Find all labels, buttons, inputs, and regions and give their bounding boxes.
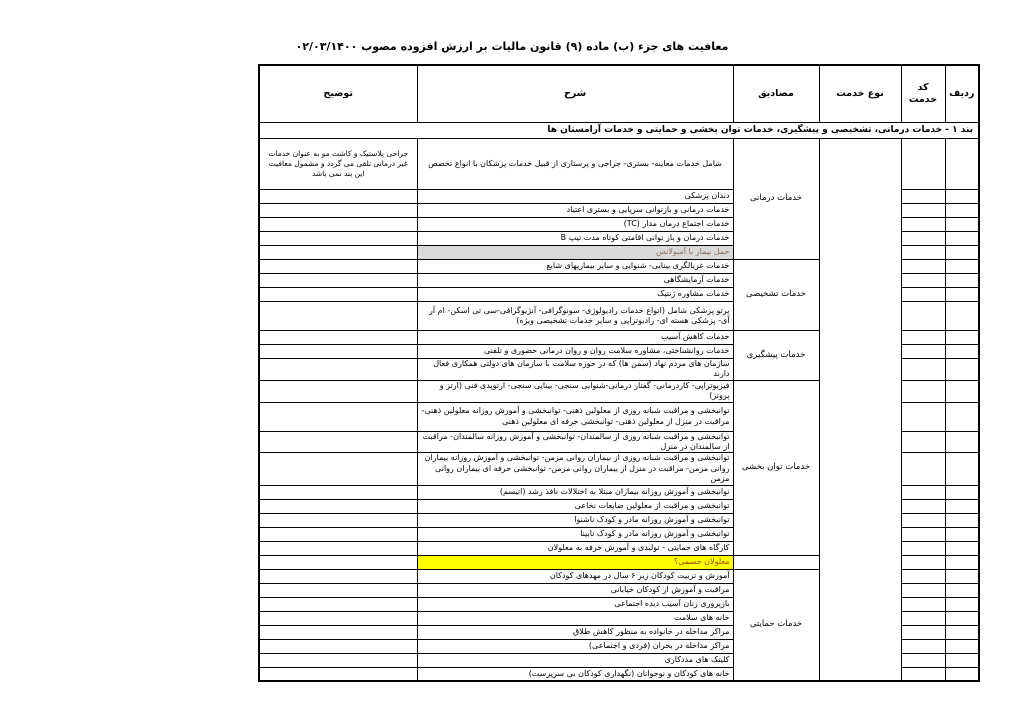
description-cell: توانبخشی و آموزش روزانه بیماران مبتلا به… bbox=[417, 485, 733, 499]
radif-cell bbox=[945, 345, 979, 359]
service-code-cell bbox=[901, 232, 945, 246]
note-cell bbox=[259, 639, 417, 653]
note-cell bbox=[259, 218, 417, 232]
note-cell bbox=[259, 260, 417, 274]
table-body: بند ۱ - خدمات درمانی، تشخیصی و پیشگیری، … bbox=[259, 123, 979, 682]
service-code-cell bbox=[901, 288, 945, 302]
note-cell bbox=[259, 667, 417, 681]
radif-cell bbox=[945, 667, 979, 681]
description-cell: خدمات اجتماع درمان مدار (TC) bbox=[417, 218, 733, 232]
radif-cell bbox=[945, 653, 979, 667]
service-code-cell bbox=[901, 345, 945, 359]
description-cell: مراکز مداخله در خانواده به منظور کاهش طل… bbox=[417, 625, 733, 639]
radif-cell bbox=[945, 359, 979, 381]
description-cell: بازپروری زنان آسیب دیده اجتماعی bbox=[417, 597, 733, 611]
service-code-cell bbox=[901, 380, 945, 402]
description-cell: توانبخشی و مراقبت از معلولین ضایعات نخاع… bbox=[417, 499, 733, 513]
service-code-cell bbox=[901, 527, 945, 541]
description-cell: توانبخشی و مراقبت شبانه روزی از معلولین … bbox=[417, 402, 733, 431]
note-cell bbox=[259, 555, 417, 569]
description-cell: خدمات روانشناختی، مشاوره سلامت روان و رو… bbox=[417, 345, 733, 359]
header-note: توضیح bbox=[259, 65, 417, 123]
exemptions-table: ردیف کد خدمت نوع خدمت مصادیق شرح توضیح ب… bbox=[258, 64, 980, 682]
service-code-cell bbox=[901, 274, 945, 288]
note-cell bbox=[259, 302, 417, 331]
service-code-cell bbox=[901, 541, 945, 555]
description-cell: کارگاه های حمایتی - تولیدی و آموزش حرفه … bbox=[417, 541, 733, 555]
radif-cell bbox=[945, 260, 979, 274]
service-code-cell bbox=[901, 485, 945, 499]
description-cell: فیزیوتراپی- کاردرمانی- گفتار درمانی-شنوا… bbox=[417, 380, 733, 402]
radif-cell bbox=[945, 431, 979, 453]
band-title: بند ۱ - خدمات درمانی، تشخیصی و پیشگیری، … bbox=[259, 123, 979, 139]
description-cell: مراکز مداخله در بحران (فردی و اجتماعی) bbox=[417, 639, 733, 653]
description-cell: توانبخشی و آموزش روزانه مادر و کودک نابی… bbox=[417, 527, 733, 541]
radif-cell bbox=[945, 204, 979, 218]
radif-cell bbox=[945, 625, 979, 639]
note-cell bbox=[259, 611, 417, 625]
radif-cell bbox=[945, 513, 979, 527]
instances-group-cell: خدمات درمانی bbox=[733, 139, 819, 260]
radif-cell bbox=[945, 485, 979, 499]
note-cell bbox=[259, 274, 417, 288]
note-cell bbox=[259, 541, 417, 555]
radif-cell bbox=[945, 232, 979, 246]
service-code-cell bbox=[901, 246, 945, 260]
description-cell: خانه های سلامت bbox=[417, 611, 733, 625]
note-cell bbox=[259, 232, 417, 246]
radif-cell bbox=[945, 583, 979, 597]
radif-cell bbox=[945, 139, 979, 190]
note-cell bbox=[259, 288, 417, 302]
service-code-cell bbox=[901, 499, 945, 513]
radif-cell bbox=[945, 499, 979, 513]
note-cell bbox=[259, 380, 417, 402]
description-cell: خدمات کاهش آسیب bbox=[417, 331, 733, 345]
note-cell bbox=[259, 402, 417, 431]
description-cell: آموزش و تربیت کودکان زیر ۶ سال در مهدهای… bbox=[417, 569, 733, 583]
note-cell bbox=[259, 499, 417, 513]
description-cell: خدمات مشاوره ژنتیک bbox=[417, 288, 733, 302]
radif-cell bbox=[945, 611, 979, 625]
header-service-code: کد خدمت bbox=[901, 65, 945, 123]
description-cell: خدمات غربالگری بینایی- شنوایی و سایر بیم… bbox=[417, 260, 733, 274]
radif-cell bbox=[945, 288, 979, 302]
service-code-cell bbox=[901, 204, 945, 218]
note-cell bbox=[259, 246, 417, 260]
instances-group-cell bbox=[733, 555, 819, 569]
service-code-cell bbox=[901, 331, 945, 345]
service-code-cell bbox=[901, 667, 945, 681]
service-code-cell bbox=[901, 453, 945, 485]
header-description: شرح bbox=[417, 65, 733, 123]
service-code-cell bbox=[901, 583, 945, 597]
radif-cell bbox=[945, 218, 979, 232]
service-code-cell bbox=[901, 569, 945, 583]
note-cell bbox=[259, 345, 417, 359]
instances-group-cell: خدمات توان بخشی bbox=[733, 380, 819, 555]
description-cell: خدمات آزمایشگاهی bbox=[417, 274, 733, 288]
radif-cell bbox=[945, 302, 979, 331]
service-code-cell bbox=[901, 359, 945, 381]
description-cell: کلینک های مددکاری bbox=[417, 653, 733, 667]
service-code-cell bbox=[901, 218, 945, 232]
radif-cell bbox=[945, 541, 979, 555]
description-cell: سازمان های مردم نهاد (سمن ها) که در حوزه… bbox=[417, 359, 733, 381]
radif-cell bbox=[945, 597, 979, 611]
description-cell: خدمات درمان و باز توانی اقامتی کوتاه مدت… bbox=[417, 232, 733, 246]
note-cell bbox=[259, 485, 417, 499]
table-row: خدمات درمانیشامل خدمات معاینه- بستری- جر… bbox=[259, 139, 979, 190]
band-row: بند ۱ - خدمات درمانی، تشخیصی و پیشگیری، … bbox=[259, 123, 979, 139]
service-code-cell bbox=[901, 555, 945, 569]
description-cell: دندان پزشکی bbox=[417, 190, 733, 204]
note-cell bbox=[259, 583, 417, 597]
header-service-type: نوع خدمت bbox=[819, 65, 901, 123]
service-code-cell bbox=[901, 611, 945, 625]
service-code-cell bbox=[901, 513, 945, 527]
service-code-cell bbox=[901, 139, 945, 190]
radif-cell bbox=[945, 639, 979, 653]
note-cell bbox=[259, 359, 417, 381]
note-cell bbox=[259, 204, 417, 218]
note-cell bbox=[259, 527, 417, 541]
description-cell: شامل خدمات معاینه- بستری- جراحی و پرستار… bbox=[417, 139, 733, 190]
note-cell bbox=[259, 431, 417, 453]
radif-cell bbox=[945, 190, 979, 204]
note-cell bbox=[259, 597, 417, 611]
description-cell: خدمات درمانی و بازتوانی سرپایی و بستری ا… bbox=[417, 204, 733, 218]
page-title: معافیت های جزء (ب) ماده (۹) قانون مالیات… bbox=[0, 0, 1024, 53]
note-cell bbox=[259, 331, 417, 345]
instances-group-cell: خدمات تشخیصی bbox=[733, 260, 819, 331]
radif-cell bbox=[945, 569, 979, 583]
service-code-cell bbox=[901, 639, 945, 653]
radif-cell bbox=[945, 246, 979, 260]
radif-cell bbox=[945, 380, 979, 402]
note-cell bbox=[259, 190, 417, 204]
radif-cell bbox=[945, 453, 979, 485]
description-cell: توانبخشی و مراقبت شبانه روزی از سالمندان… bbox=[417, 431, 733, 453]
service-code-cell bbox=[901, 190, 945, 204]
instances-group-cell: خدمات حمایتی bbox=[733, 569, 819, 681]
description-cell: خانه های کودکان و نوجوانان (نگهداری کودک… bbox=[417, 667, 733, 681]
radif-cell bbox=[945, 527, 979, 541]
service-code-cell bbox=[901, 625, 945, 639]
note-cell: جراحی پلاستیک و کاشت مو به عنوان خدمات غ… bbox=[259, 139, 417, 190]
service-code-cell bbox=[901, 302, 945, 331]
note-cell bbox=[259, 513, 417, 527]
service-code-cell bbox=[901, 260, 945, 274]
document-page: معافیت های جزء (ب) ماده (۹) قانون مالیات… bbox=[0, 0, 1024, 724]
header-radif: ردیف bbox=[945, 65, 979, 123]
header-instances: مصادیق bbox=[733, 65, 819, 123]
service-code-cell bbox=[901, 402, 945, 431]
header-row: ردیف کد خدمت نوع خدمت مصادیق شرح توضیح bbox=[259, 65, 979, 123]
radif-cell bbox=[945, 274, 979, 288]
description-cell: مراقبت و آموزش از کودکان خیابانی bbox=[417, 583, 733, 597]
description-cell: پرتو پزشکی شامل (انواع خدمات رادیولوژی- … bbox=[417, 302, 733, 331]
service-type-cell bbox=[819, 139, 901, 682]
note-cell bbox=[259, 453, 417, 485]
note-cell bbox=[259, 569, 417, 583]
note-cell bbox=[259, 653, 417, 667]
instances-group-cell: خدمات پیشگیری bbox=[733, 331, 819, 381]
description-cell: توانبخشی و آموزش روزانه مادر و کودک ناشن… bbox=[417, 513, 733, 527]
note-cell bbox=[259, 625, 417, 639]
radif-cell bbox=[945, 555, 979, 569]
description-cell: حمل بیمار با آمبولانس bbox=[417, 246, 733, 260]
service-code-cell bbox=[901, 653, 945, 667]
description-cell: معلولان جسمی؟ bbox=[417, 555, 733, 569]
radif-cell bbox=[945, 331, 979, 345]
service-code-cell bbox=[901, 431, 945, 453]
radif-cell bbox=[945, 402, 979, 431]
service-code-cell bbox=[901, 597, 945, 611]
description-cell: توانبخشی و مراقبت شبانه روزی از بیماران … bbox=[417, 453, 733, 485]
